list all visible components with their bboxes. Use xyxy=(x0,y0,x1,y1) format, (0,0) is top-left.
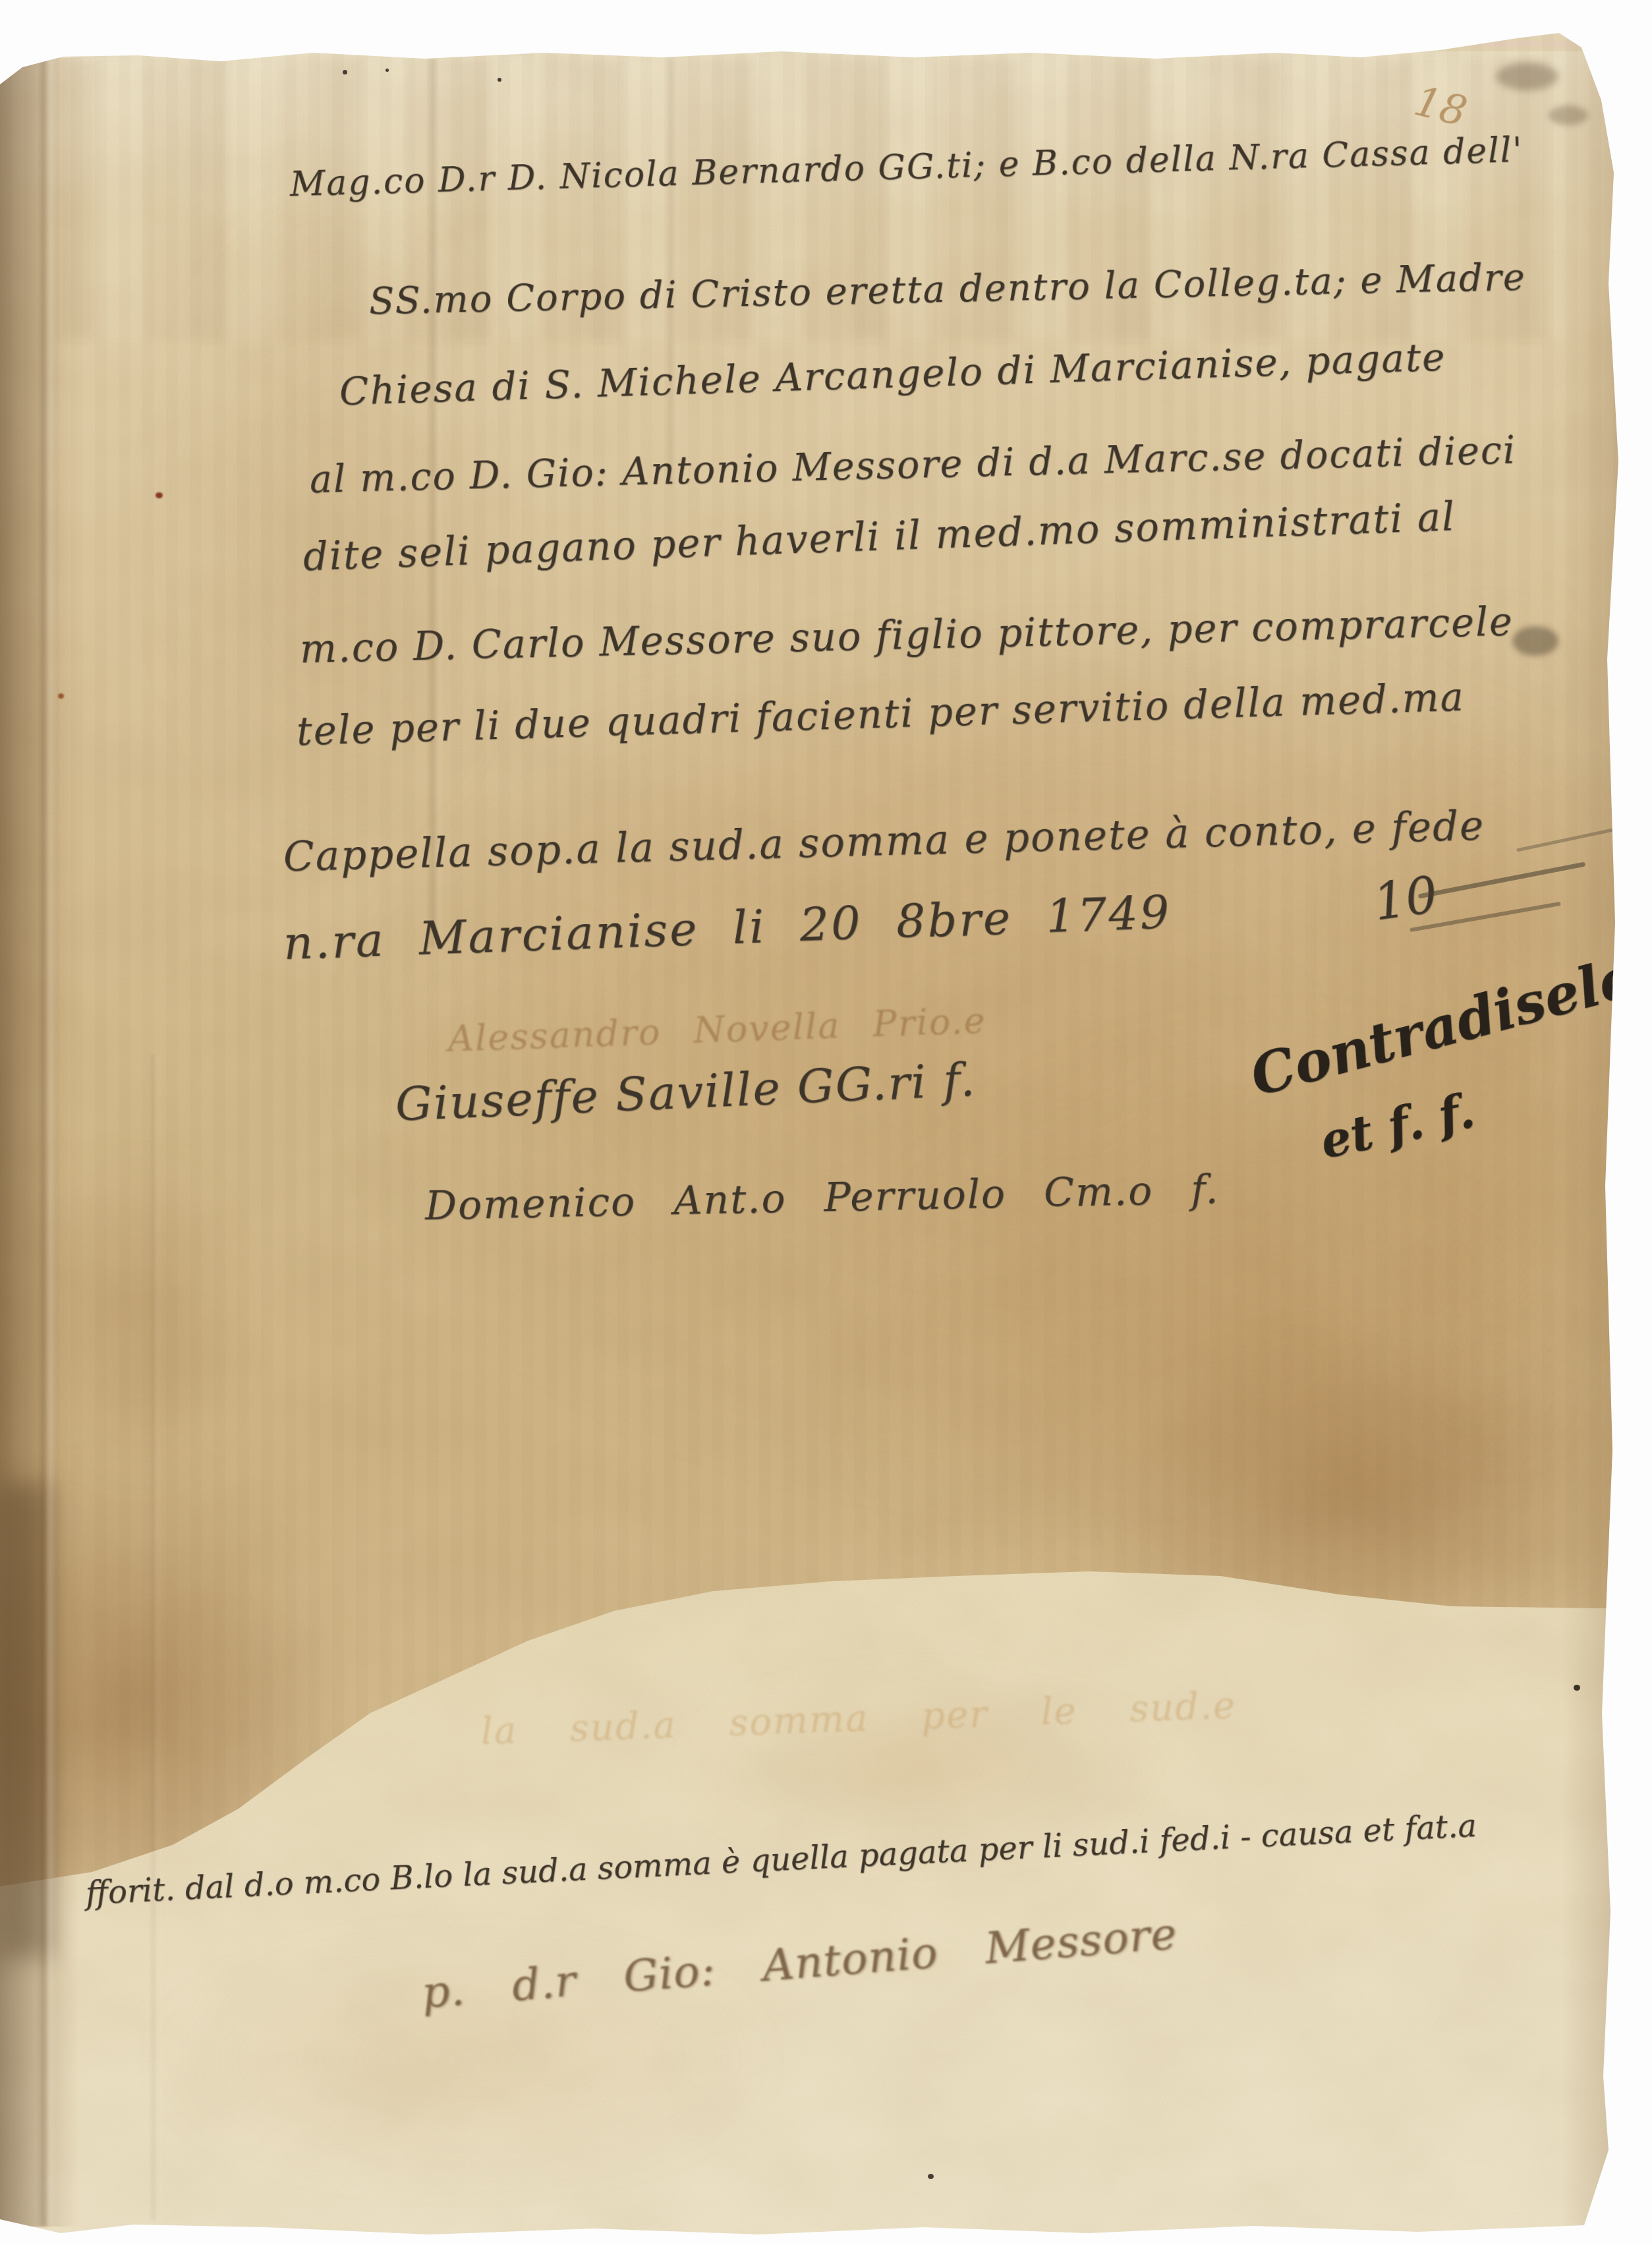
smudge-top-right-1 xyxy=(1496,63,1558,90)
stain-overlay-lower-right xyxy=(843,1022,1652,1648)
ink-speck-1 xyxy=(343,70,347,74)
paper-sheet: 18 Mag.co D.r D. Nicola Bernardo GG.ti; … xyxy=(0,0,1652,2245)
fold-crease-left xyxy=(37,58,57,2227)
manuscript-line-6: m.co D. Carlo Messore suo figlio pittore… xyxy=(299,598,1514,672)
stain-dark-patch-right xyxy=(1120,1338,1621,1621)
ink-speck-2 xyxy=(385,69,389,72)
scanned-manuscript-page: 18 Mag.co D.r D. Nicola Bernardo GG.ti; … xyxy=(0,0,1652,2245)
red-speck-2 xyxy=(58,693,64,699)
fold-crease-lower xyxy=(149,1055,162,2221)
bottom-note: fforit. dal d.o m.co B.lo la sud.a somma… xyxy=(85,1807,1477,1912)
stain-dark-patch-left xyxy=(0,1470,329,1931)
ghost-line: la sud.a somma per le sud.e xyxy=(480,1684,1237,1753)
manuscript-line-7: tele per li due quadri facienti per serv… xyxy=(296,674,1466,754)
ink-blot-right-margin xyxy=(1512,626,1558,656)
marginal-note-line2: et f. f. xyxy=(1315,1082,1479,1169)
ditto-mark-stroke-2 xyxy=(1418,861,1586,898)
gutter-shadow xyxy=(0,58,79,2227)
ink-speck-4 xyxy=(1574,1685,1580,1691)
smudge-top-right-2 xyxy=(1549,105,1588,125)
manuscript-line-3: Chiesa di S. Michele Arcangelo di Marcia… xyxy=(339,334,1446,414)
marginal-note-line1: Contradisele xyxy=(1243,944,1641,1109)
stain-left-mid xyxy=(40,1153,237,1483)
gutter-shadow-dark-segment xyxy=(0,1483,53,1958)
scan-artifact-line xyxy=(0,41,1621,46)
ditto-mark-stroke-1 xyxy=(1516,828,1614,852)
fold-crease-right xyxy=(666,58,680,486)
manuscript-line-5: dite seli pagano per haverli il med.mo s… xyxy=(302,494,1456,579)
ink-speck-3 xyxy=(498,78,501,82)
date-line: n.ra Marcianise li 20 8bre 1749 xyxy=(283,885,1172,970)
faded-note: Alessandro Novella Prio.e xyxy=(447,1000,987,1060)
amount-ducats: 10 xyxy=(1370,865,1441,932)
ink-speck-5 xyxy=(928,2174,934,2179)
manuscript-line-8: Cappella sop.a la sud.a somma e ponete à… xyxy=(283,802,1485,881)
manuscript-line-2: SS.mo Corpo di Cristo eretta dentro la C… xyxy=(368,256,1526,323)
bottom-signature: p. d.r Gio: Antonio Messore xyxy=(420,1908,1179,2018)
manuscript-line-1: Mag.co D.r D. Nicola Bernardo GG.ti; e B… xyxy=(289,131,1524,204)
manuscript-line-4: al m.co D. Gio: Antonio Messore di d.a M… xyxy=(309,428,1517,502)
red-speck-1 xyxy=(156,492,163,498)
signature-1: Giuseffe Saville GG.ri f. xyxy=(394,1053,977,1132)
right-edge-shade xyxy=(1535,33,1622,2228)
page-number: 18 xyxy=(1410,76,1471,136)
signature-2: Domenico Ant.o Perruolo Cm.o f. xyxy=(424,1167,1220,1229)
